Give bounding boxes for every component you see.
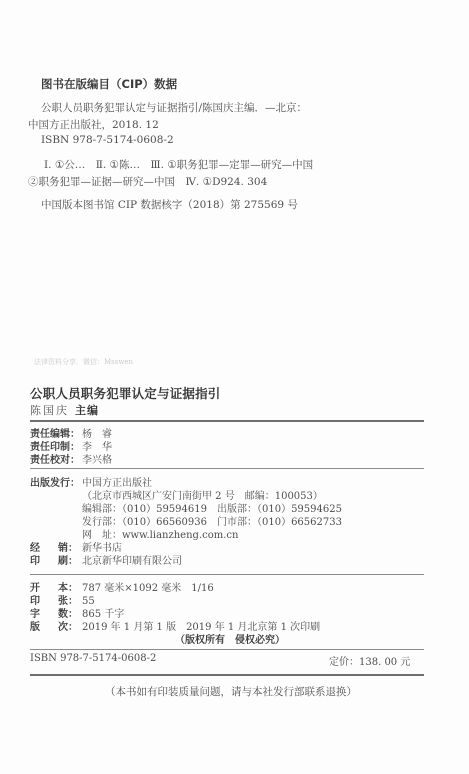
book-title: 公职人员职务犯罪认定与证据指引 [30,384,221,402]
watermark: 法律资料分享，微信：Msswen [34,357,133,367]
row-value: 787 毫米×1092 毫米 1/16 [82,579,214,594]
author-name: 陈国庆 [30,404,69,417]
printer-row: 印刷：北京新华印刷有限公司 [30,552,182,567]
rights-notice: （版权所有 侵权必究） [175,631,285,646]
cip-isbn: ISBN 978-7-5174-0608-2 [41,134,174,146]
row-value: 李兴格 [82,451,112,466]
divider [30,468,424,469]
price: 定价：138. 00 元 [329,653,410,668]
row-label: 责任校对： [30,451,82,466]
author-role: 主编 [75,404,99,417]
row-value: 北京新华印刷有限公司 [82,552,182,567]
divider [30,420,424,422]
proofreader-row: 责任校对：李兴格 [30,451,112,466]
book-author: 陈国庆主编 [30,402,99,418]
divider [30,574,424,575]
cip-classification-line-2: ②职务犯罪—证据—研究—中国 Ⅳ. ①D924. 304 [28,174,267,189]
cip-title-line-2: 中国方正出版社，2018. 12 [28,117,159,132]
divider [30,674,424,676]
footer-isbn: ISBN 978-7-5174-0608-2 [30,653,156,664]
row-label: 出版发行： [30,474,82,489]
row-label: 版次： [30,618,82,633]
cip-classification-line-1: Ⅰ. ①公… Ⅱ. ①陈… Ⅲ. ①职务犯罪—定罪—研究—中国 [44,157,313,172]
cip-heading: 图书在版编目（CIP）数据 [41,76,177,92]
divider [30,649,424,650]
return-notice: （本书如有印装质量问题，请与本社发行部联系退换） [105,684,357,699]
cip-title-line-1: 公职人员职务犯罪认定与证据指引/陈国庆主编．—北京： [41,100,307,115]
cip-number: 中国版本图书馆 CIP 数据核字（2018）第 275569 号 [41,197,298,212]
row-label: 印刷： [30,552,82,567]
